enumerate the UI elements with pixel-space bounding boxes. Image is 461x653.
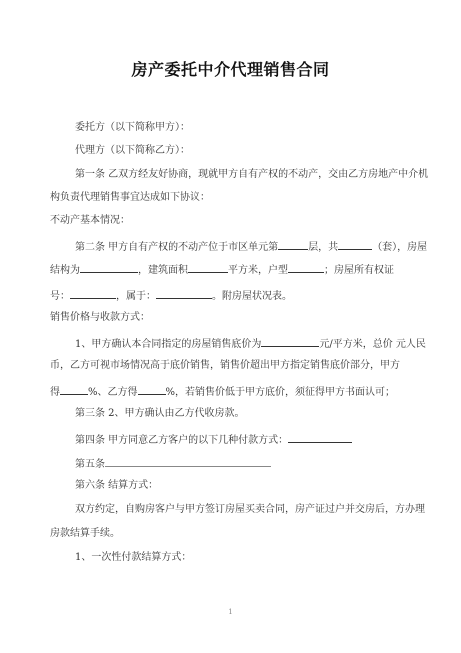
price-payment-heading: 销售价格与收款方式： xyxy=(50,312,150,324)
article-1-line-1: 第一条 乙双方经友好协商，现就甲方自有产权的不动产，交由乙方房地产中介机 xyxy=(75,169,428,181)
text: 号： xyxy=(50,291,70,302)
text: ，属于： xyxy=(116,291,156,302)
article-4-line: 第四条 甲方同意乙方客户的以下几种付款方式： xyxy=(75,432,352,447)
text: ；房屋所有权证 xyxy=(324,265,394,276)
article-6-line: 第六条 结算方式： xyxy=(75,480,158,492)
text: 结构为 xyxy=(50,265,80,276)
text: 1、甲方确认本合同指定的房屋销售底价为 xyxy=(75,339,261,350)
text: （套），房屋 xyxy=(372,242,427,253)
lump-sum-line: 1、一次性付款结算方式： xyxy=(75,552,191,564)
text: %，若销售价低于甲方底价，须征得甲方书面认可； xyxy=(166,387,396,398)
structure-blank xyxy=(80,262,138,273)
party-a-share-blank xyxy=(60,384,88,395)
units-blank xyxy=(338,239,372,250)
text: 得 xyxy=(50,387,60,398)
certificate-blank xyxy=(70,288,116,299)
text: 元/平方米，总价 元人民 xyxy=(319,339,426,350)
article-3-line: 第三条 2、甲方确认由乙方代收房款。 xyxy=(75,408,245,420)
agent-party-line: 代理方（以下简称乙方）： xyxy=(75,145,190,157)
settlement-line-1: 双方约定，自购房客户与甲方签订房屋买卖合同，房产证过户并交房后，方办理 xyxy=(75,504,425,516)
payment-methods-blank xyxy=(288,432,352,443)
price-line-2: 币，乙方可视市场情况高于底价销售，销售价超出甲方指定销售底价部分，甲方 xyxy=(50,360,400,372)
text: 第二条 甲方自有产权的不动产位于市区单元第 xyxy=(75,242,278,253)
article-2-line-2: 结构为，建筑面积平方米，户型；房屋所有权证 xyxy=(50,262,394,277)
base-price-blank xyxy=(261,336,319,347)
article-5-blank xyxy=(105,456,271,467)
page-number: 1 xyxy=(0,608,461,616)
principal-party-line: 委托方（以下简称甲方）： xyxy=(75,122,190,134)
price-line-3: 得%、乙方得%，若销售价低于甲方底价，须征得甲方书面认可； xyxy=(50,384,395,399)
floor-blank xyxy=(278,239,308,250)
area-blank xyxy=(188,262,228,273)
owner-blank xyxy=(156,288,212,299)
text: 。附房屋状况表。 xyxy=(212,291,292,302)
article-5-line: 第五条 xyxy=(75,456,271,471)
article-2-line-3: 号：，属于：。附房屋状况表。 xyxy=(50,288,292,303)
text: 第五条 xyxy=(75,459,105,470)
article-2-line-1: 第二条 甲方自有产权的不动产位于市区单元第层，共（套），房屋 xyxy=(75,239,427,254)
text: 层，共 xyxy=(308,242,338,253)
party-b-share-blank xyxy=(138,384,166,395)
settlement-line-2: 房款结算手续。 xyxy=(50,528,120,540)
text: %、乙方得 xyxy=(88,387,138,398)
document-page: 房产委托中介代理销售合同 委托方（以下简称甲方）： 代理方（以下简称乙方）： 第… xyxy=(0,0,461,653)
price-line-1: 1、甲方确认本合同指定的房屋销售底价为元/平方米，总价 元人民 xyxy=(75,336,426,351)
property-basic-heading: 不动产基本情况： xyxy=(50,215,130,227)
text: 平方米，户型 xyxy=(228,265,288,276)
article-1-line-2: 构负责代理销售事宜达成如下协议： xyxy=(50,192,210,204)
layout-blank xyxy=(288,262,324,273)
text: ，建筑面积 xyxy=(138,265,188,276)
text: 第四条 甲方同意乙方客户的以下几种付款方式： xyxy=(75,435,288,446)
document-title: 房产委托中介代理销售合同 xyxy=(0,57,461,80)
